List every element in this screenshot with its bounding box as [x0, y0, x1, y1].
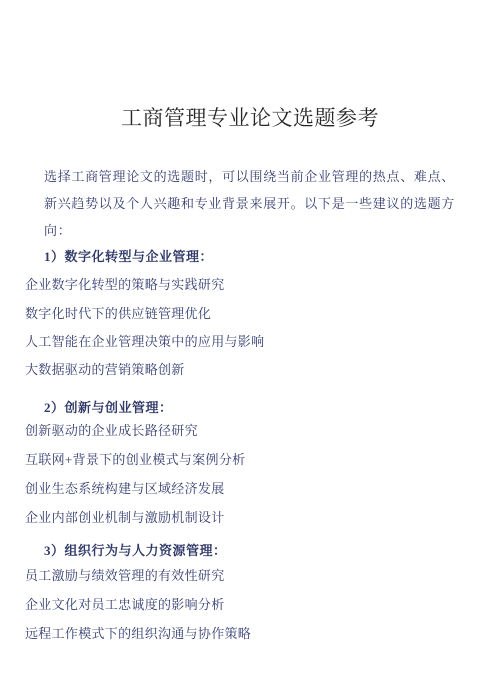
- topic-item: 人工智能在企业管理决策中的应用与影响: [25, 335, 264, 348]
- section-heading-organizational-behavior-hr: 3）组织行为与人力资源管理：: [44, 544, 227, 557]
- intro-line-1: 选择工商管理论文的选题时，可以围绕当前企业管理的热点、难点、: [44, 163, 464, 190]
- topic-item: 互联网+背景下的创业模式与案例分析: [25, 453, 245, 466]
- topic-item: 企业文化对员工忠诚度的影响分析: [25, 598, 225, 611]
- section-heading-innovation-entrepreneurship: 2）创新与创业管理：: [44, 401, 173, 414]
- intro-line-2: 新兴趋势以及个人兴趣和专业背景来展开。以下是一些建议的选题方: [44, 190, 464, 217]
- intro-paragraph: 选择工商管理论文的选题时，可以围绕当前企业管理的热点、难点、 新兴趋势以及个人兴…: [44, 163, 464, 245]
- topic-item: 员工激励与绩效管理的有效性研究: [25, 569, 225, 582]
- topic-item: 创新驱动的企业成长路径研究: [25, 424, 198, 437]
- topic-item: 创业生态系统构建与区域经济发展: [25, 482, 225, 495]
- topic-item: 企业数字化转型的策略与实践研究: [25, 278, 225, 291]
- section-heading-digital-transformation: 1）数字化转型与企业管理：: [44, 250, 213, 263]
- topic-item: 远程工作模式下的组织沟通与协作策略: [25, 627, 251, 640]
- intro-line-3: 向：: [44, 217, 464, 244]
- topic-item: 企业内部创业机制与激励机制设计: [25, 511, 225, 524]
- document-title: 工商管理专业论文选题参考: [0, 108, 500, 129]
- topic-item: 数字化时代下的供应链管理优化: [25, 307, 211, 320]
- document-page: 工商管理专业论文选题参考 选择工商管理论文的选题时，可以围绕当前企业管理的热点、…: [0, 0, 500, 693]
- topic-item: 大数据驱动的营销策略创新: [25, 363, 185, 376]
